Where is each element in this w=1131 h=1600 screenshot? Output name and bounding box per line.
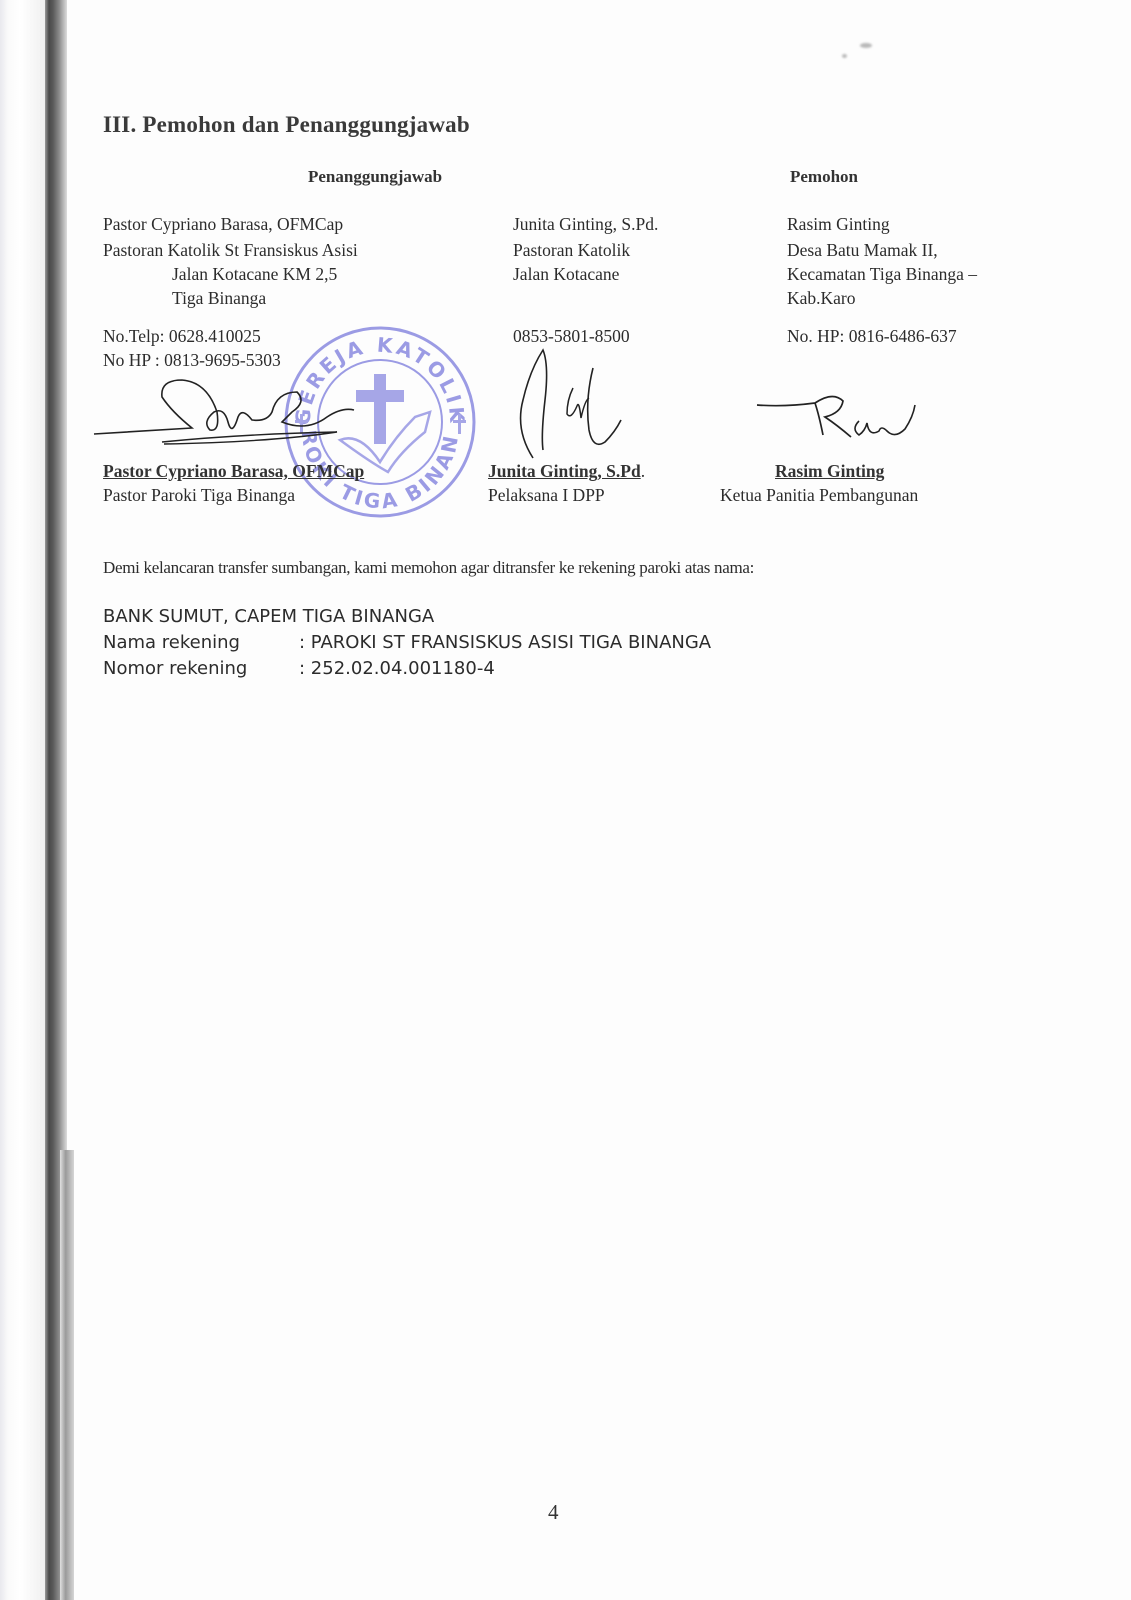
page-number: 4 [548, 1500, 559, 1525]
pastor-role: Pastor Paroki Tiga Binanga [103, 485, 295, 506]
bank-details: BANK SUMUT, CAPEM TIGA BINANGA Nama reke… [103, 604, 711, 682]
executor-signature-name: Junita Ginting, S.Pd [488, 461, 641, 481]
pastor-phone: No.Telp: 0628.410025 [103, 324, 261, 348]
pastor-address-2: Jalan Kotacane KM 2,5 [172, 262, 337, 286]
executor-role: Pelaksana I DPP [488, 485, 605, 506]
account-number-value: : 252.02.04.001180-4 [299, 658, 495, 679]
transfer-note: Demi kelancaran transfer sumbangan, kami… [103, 556, 754, 580]
scan-speck [842, 54, 847, 58]
applicant-address-3: Kab.Karo [787, 286, 856, 310]
applicant-address-1: Desa Batu Mamak II, [787, 238, 938, 262]
pastor-address-3: Tiga Binanga [172, 286, 266, 310]
account-name-value: : PAROKI ST FRANSISKUS ASISI TIGA BINANG… [299, 632, 711, 653]
executor-signature-suffix: . [641, 461, 645, 481]
section-title: III. Pemohon dan Penanggungjawab [103, 112, 470, 138]
scan-binding-shadow-lower [60, 1150, 74, 1600]
executor-address-2: Jalan Kotacane [513, 262, 619, 286]
account-number-label: Nomor rekening [103, 656, 299, 682]
applicant-signature-name: Rasim Ginting [775, 461, 884, 482]
applicant-signature-icon [755, 385, 935, 445]
applicant-phone: No. HP: 0816-6486-637 [787, 324, 957, 348]
pastor-signature-name: Pastor Cypriano Barasa, OFMCap [103, 461, 364, 482]
responsible-heading: Penanggungjawab [308, 167, 442, 187]
bank-name: BANK SUMUT, CAPEM TIGA BINANGA [103, 604, 711, 630]
account-name-row: Nama rekening: PAROKI ST FRANSISKUS ASIS… [103, 630, 711, 656]
pastor-signature-icon [92, 372, 392, 452]
account-number-row: Nomor rekening: 252.02.04.001180-4 [103, 656, 711, 682]
executor-address-1: Pastoran Katolik [513, 238, 630, 262]
applicant-name: Rasim Ginting [787, 212, 890, 236]
account-name-label: Nama rekening [103, 630, 299, 656]
executor-signature-line: Junita Ginting, S.Pd. [488, 461, 645, 482]
executor-name: Junita Ginting, S.Pd. [513, 212, 658, 236]
applicant-heading: Pemohon [790, 167, 858, 187]
pastor-mobile: No HP : 0813-9695-5303 [103, 348, 281, 372]
applicant-address-2: Kecamatan Tiga Binanga – [787, 262, 977, 286]
applicant-role: Ketua Panitia Pembangunan [720, 485, 918, 506]
scan-speck [860, 43, 872, 48]
pastor-name: Pastor Cypriano Barasa, OFMCap [103, 212, 343, 236]
executor-signature-icon [505, 340, 645, 465]
pastor-address-1: Pastoran Katolik St Fransiskus Asisi [103, 238, 358, 262]
